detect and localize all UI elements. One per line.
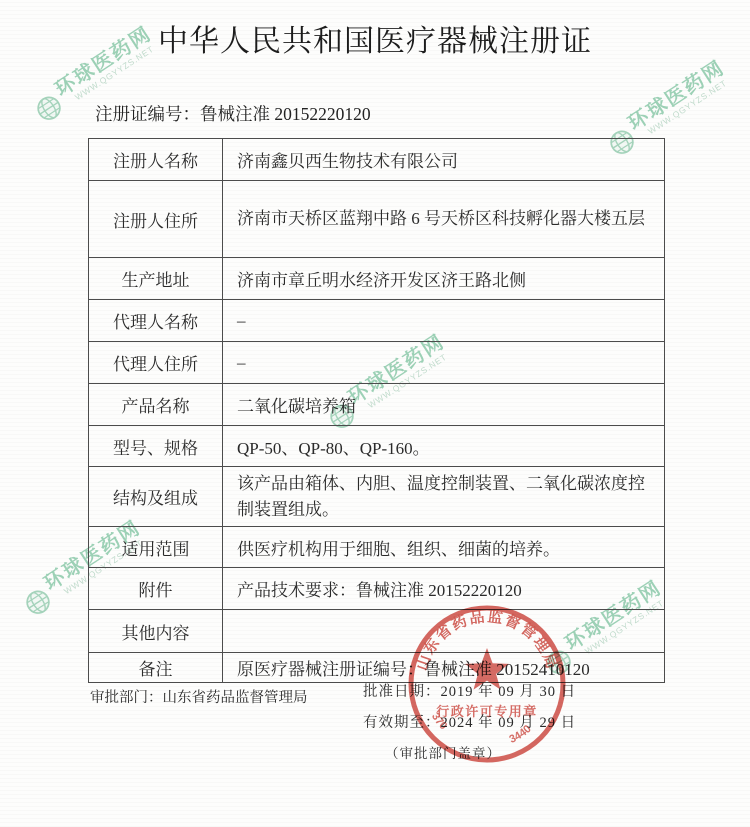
dates-block: 批准日期：2019 年 09 月 30 日 有效期至：2024 年 09 月 2… <box>363 680 576 762</box>
table-row: 代理人名称 – <box>89 300 665 342</box>
table-row: 型号、规格 QP-50、QP-80、QP-160。 <box>89 426 665 467</box>
row-value: 供医疗机构用于细胞、组织、细菌的培养。 <box>223 527 665 568</box>
row-label: 结构及组成 <box>89 467 223 527</box>
row-label: 代理人名称 <box>89 300 223 342</box>
stamp-note: （审批部门盖章） <box>385 742 576 762</box>
approval-dept-label: 审批部门： <box>90 690 163 706</box>
watermark-text-block: 环球医药网 WWW.QGYYZS.NET <box>625 57 734 143</box>
row-label: 附件 <box>89 568 223 610</box>
table-row: 注册人名称 济南鑫贝西生物技术有限公司 <box>89 139 665 181</box>
row-label: 代理人住所 <box>89 342 223 384</box>
row-label: 备注 <box>89 653 223 683</box>
approve-date-label: 批准日期： <box>363 684 441 700</box>
cert-number-line: 注册证编号：鲁械注准 20152220120 <box>95 101 371 126</box>
row-value: 产品技术要求：鲁械注准 20152220120 <box>223 568 665 610</box>
row-value: QP-50、QP-80、QP-160。 <box>223 426 665 467</box>
approval-dept-value: 山东省药品监督管理局 <box>163 690 308 706</box>
watermark-text: 环球医药网 <box>625 57 729 135</box>
valid-until-label: 有效期至： <box>363 715 441 731</box>
row-label: 生产地址 <box>89 258 223 300</box>
row-value: 济南市章丘明水经济开发区济王路北侧 <box>223 258 665 300</box>
valid-until-line: 有效期至：2024 年 09 月 29 日 <box>363 711 576 732</box>
cert-number-label: 注册证编号： <box>95 104 200 124</box>
watermark-url: WWW.QGYYZS.NET <box>646 74 734 136</box>
row-value: 二氧化碳培养箱 <box>223 384 665 426</box>
row-label: 注册人名称 <box>89 139 223 181</box>
row-value: 该产品由箱体、内胆、温度控制装置、二氧化碳浓度控制装置组成。 <box>223 467 665 527</box>
row-label: 其他内容 <box>89 610 223 653</box>
row-value: – <box>223 300 665 342</box>
table-row: 代理人住所 – <box>89 342 665 384</box>
certificate-page: 环球医药网 WWW.QGYYZS.NET 环球医药网 WWW.QGYYZS.NE… <box>0 0 750 827</box>
row-label: 型号、规格 <box>89 426 223 467</box>
table-row: 适用范围 供医疗机构用于细胞、组织、细菌的培养。 <box>89 527 665 568</box>
valid-until-value: 2024 年 09 月 29 日 <box>441 715 577 731</box>
table-row: 生产地址 济南市章丘明水经济开发区济王路北侧 <box>89 258 665 300</box>
table-row: 其他内容 <box>89 610 665 653</box>
row-value: 原医疗器械注册证编号：鲁械注准 20152410120 <box>223 653 665 683</box>
table-row: 产品名称 二氧化碳培养箱 <box>89 384 665 426</box>
approve-date-value: 2019 年 09 月 30 日 <box>441 684 577 700</box>
row-label: 产品名称 <box>89 384 223 426</box>
registration-table: 注册人名称 济南鑫贝西生物技术有限公司 注册人住所 济南市天桥区蓝翔中路 6 号… <box>88 138 665 683</box>
approval-dept-line: 审批部门：山东省药品监督管理局 <box>90 686 308 707</box>
table-row: 备注 原医疗器械注册证编号：鲁械注准 20152410120 <box>89 653 665 683</box>
row-value: – <box>223 342 665 384</box>
row-value: 济南市天桥区蓝翔中路 6 号天桥区科技孵化器大楼五层 <box>223 181 665 258</box>
row-value <box>223 610 665 653</box>
page-title: 中华人民共和国医疗器械注册证 <box>0 16 750 60</box>
globe-icon <box>20 584 56 620</box>
cert-number-value: 鲁械注准 20152220120 <box>200 104 371 124</box>
table-row: 注册人住所 济南市天桥区蓝翔中路 6 号天桥区科技孵化器大楼五层 <box>89 181 665 258</box>
row-label: 适用范围 <box>89 527 223 568</box>
row-value: 济南鑫贝西生物技术有限公司 <box>223 139 665 181</box>
globe-icon <box>31 90 67 126</box>
row-label: 注册人住所 <box>89 181 223 258</box>
table-row: 附件 产品技术要求：鲁械注准 20152220120 <box>89 568 665 610</box>
table-row: 结构及组成 该产品由箱体、内胆、温度控制装置、二氧化碳浓度控制装置组成。 <box>89 467 665 527</box>
approve-date-line: 批准日期：2019 年 09 月 30 日 <box>363 680 576 701</box>
